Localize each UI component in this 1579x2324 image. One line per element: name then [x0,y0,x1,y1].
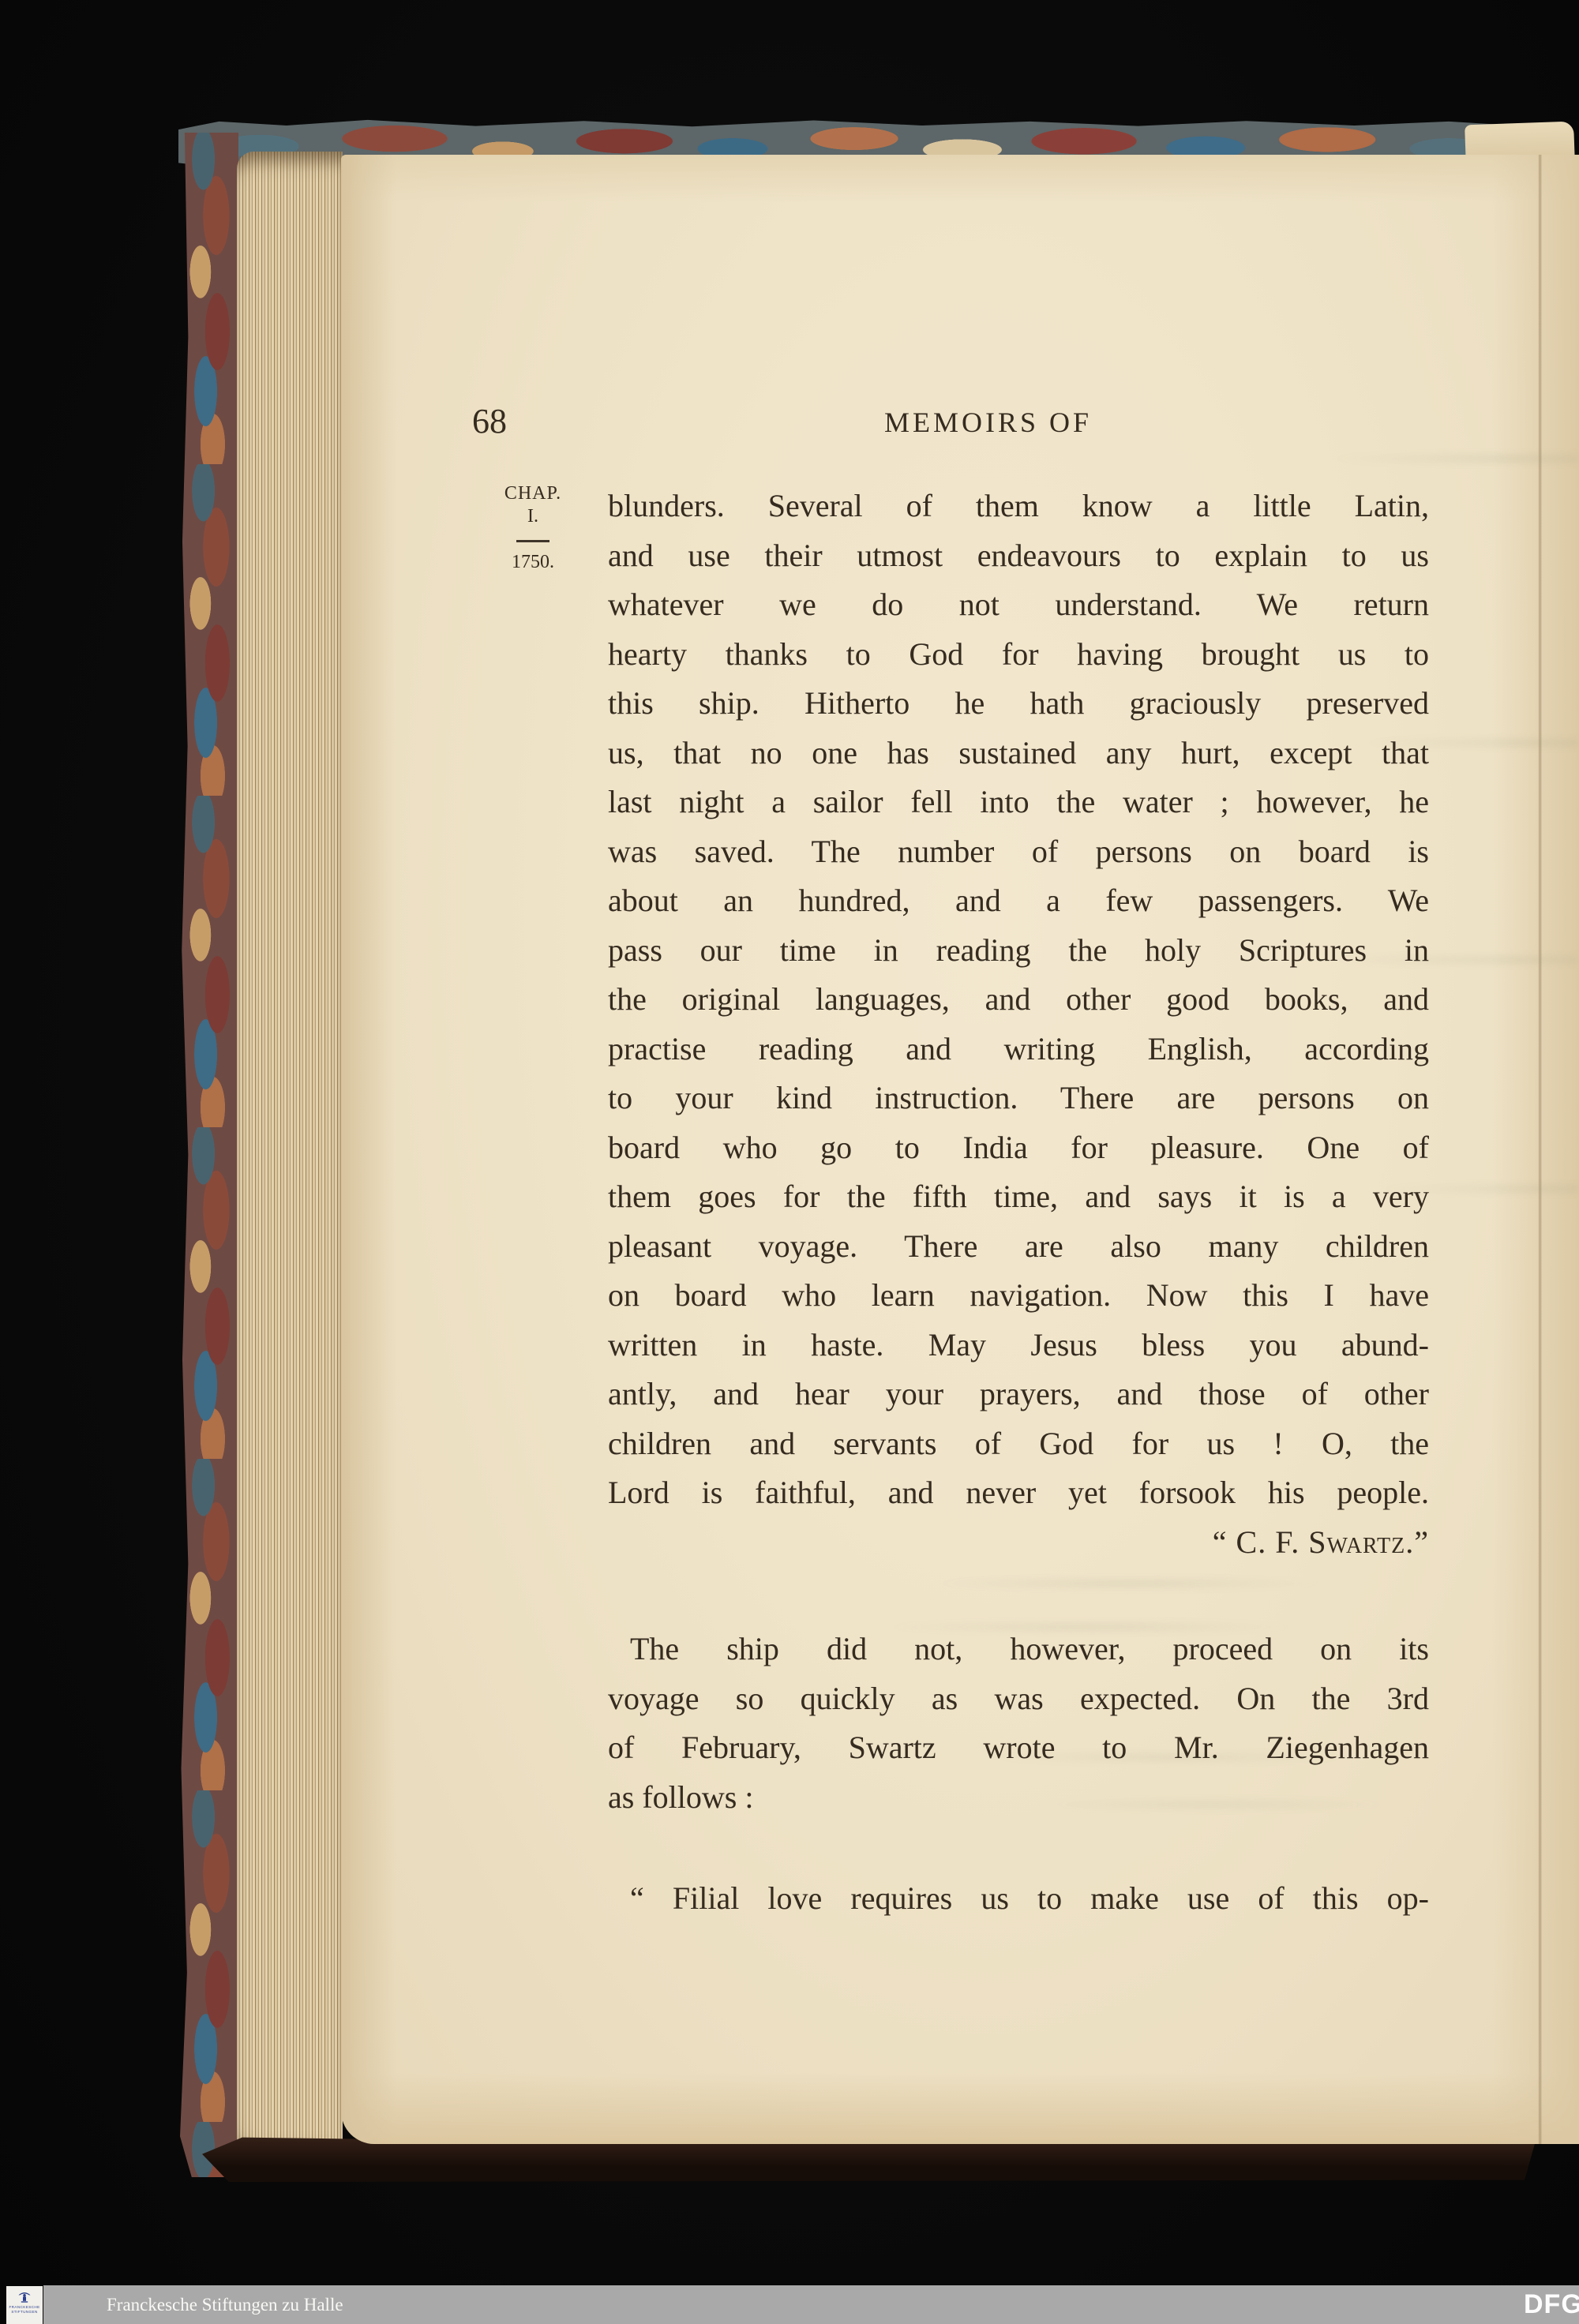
letter-line: last night a sailor fell into the water … [608,778,1429,827]
letter-line: this ship. Hitherto he hath graciously p… [608,679,1429,729]
chapter-label: CHAP. [480,483,586,504]
dfg-logo: DFG [1524,2285,1579,2324]
letter-line: pleasant voyage. There are also many chi… [608,1222,1429,1272]
letter-line: whatever we do not understand. We return [608,580,1429,630]
archive-logo: FRANCKESCHE STIFTUNGEN [6,2286,43,2324]
letter-line: them goes for the fifth time, and says i… [608,1172,1429,1222]
year-label: 1750. [480,552,586,573]
page-fore-edge-stack [237,152,343,2166]
page-gutter-crease [1538,155,1542,2144]
letter-line: the original languages, and other good b… [608,975,1429,1025]
scanned-book-photo: 68 MEMOIRS OF CHAP. I. 1750. blunders. S… [0,0,1579,2324]
paragraph-line: as follows : [608,1773,1429,1823]
page-number: 68 [472,401,507,441]
archive-name: Franckesche Stiftungen zu Halle [107,2285,343,2324]
letter-line: written in haste. May Jesus bless you ab… [608,1321,1429,1370]
archive-logo-text-line: STIFTUNGEN [9,2310,39,2315]
letter-line: blunders. Several of them know a little … [608,482,1429,531]
footer-bar: Franckesche Stiftungen zu Halle DFG [43,2285,1579,2324]
margin-rule [516,540,549,542]
letter-signature: “ C. F. Swartz.” [608,1518,1429,1568]
letter-line: pass our time in reading the holy Script… [608,926,1429,976]
letter-line: about an hundred, and a few passengers. … [608,876,1429,926]
letter-line: on board who learn navigation. Now this … [608,1271,1429,1321]
margin-note: CHAP. I. 1750. [480,483,586,573]
paragraph-line: voyage so quickly as was expected. On th… [608,1674,1429,1724]
letter-line: antly, and hear your prayers, and those … [608,1370,1429,1419]
letter-line: practise reading and writing English, ac… [608,1025,1429,1074]
letter-line: us, that no one has sustained any hurt, … [608,729,1429,778]
letter-line: hearty thanks to God for having brought … [608,630,1429,680]
book-cover-left-edge [180,133,238,2177]
paragraph-line: The ship did not, however, proceed on it… [608,1625,1429,1674]
narrative-paragraph: The ship did not, however, proceed on it… [608,1625,1429,1822]
archive-logo-text: FRANCKESCHE STIFTUNGEN [9,2305,39,2315]
letter-line: to your kind instruction. There are pers… [608,1074,1429,1123]
letter-line: and use their utmost endeavours to expla… [608,531,1429,581]
letter-line: children and servants of God for us ! O,… [608,1419,1429,1469]
chapter-numeral: I. [480,506,586,527]
letter-line: Lord is faithful, and never yet forsook … [608,1468,1429,1518]
running-header: MEMOIRS OF [884,406,1092,439]
letter-line: was saved. The number of persons on boar… [608,827,1429,877]
letter-body: blunders. Several of them know a little … [608,482,1429,1567]
quote-opening: “ Filial love requires us to make use of… [608,1874,1429,1924]
letter-line: board who go to India for pleasure. One … [608,1123,1429,1173]
paragraph-line: of February, Swartz wrote to Mr. Ziegenh… [608,1723,1429,1773]
archive-emblem-icon [17,2288,32,2304]
quote-line: “ Filial love requires us to make use of… [608,1874,1429,1924]
